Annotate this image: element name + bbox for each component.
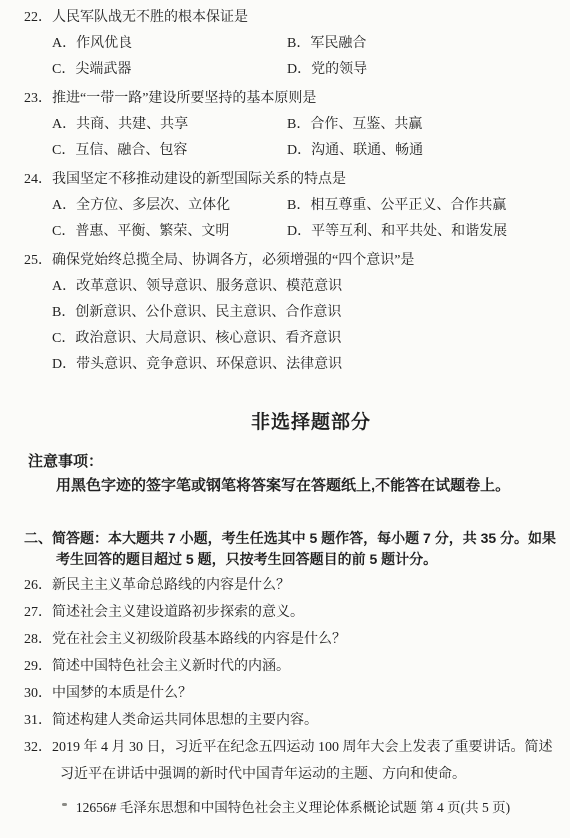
- option-text: 沟通、联通、畅通: [311, 138, 423, 164]
- options-group: A．共商、共建、共享B．合作、互鉴、共赢C．互信、融合、包容D．沟通、联通、畅通: [52, 112, 546, 164]
- options-group: A．全方位、多层次、立体化B．相互尊重、公平正义、合作共赢C．普惠、平衡、繁荣、…: [52, 193, 546, 245]
- page-footer: 12656# 毛泽东思想和中国特色社会主义理论体系概论试题 第 4 页(共 5 …: [32, 798, 554, 818]
- option-text: 互信、融合、包容: [75, 138, 187, 164]
- option: A．共商、共建、共享: [52, 112, 287, 138]
- short-answer-question: 27．简述社会主义建设道路初步探索的意义。: [24, 599, 546, 626]
- option: A．作风优良: [52, 31, 287, 57]
- option: D．党的领导: [287, 57, 546, 83]
- section2-instructions-line2: 考生回答的题目超过 5 题，只按考生回答题目的前 5 题计分。: [56, 549, 546, 570]
- option-text: 创新意识、公仆意识、民主意识、合作意识: [75, 300, 341, 326]
- short-answer-question: 29．简述中国特色社会主义新时代的内涵。: [24, 653, 546, 680]
- question-number: 32．: [24, 734, 52, 761]
- question-stem-row: 22．人民军队战无不胜的根本保证是: [24, 5, 546, 31]
- option-text: 相互尊重、公平正义、合作共赢: [310, 193, 506, 219]
- question-text: 新民主主义革命总路线的内容是什么？: [52, 572, 290, 599]
- question-number: 26．: [24, 572, 52, 599]
- question-text: 简述中国特色社会主义新时代的内涵。: [52, 653, 290, 680]
- question-number: 31．: [24, 707, 52, 734]
- options-group: A．改革意识、领导意识、服务意识、模范意识B．创新意识、公仆意识、民主意识、合作…: [52, 274, 546, 378]
- question-stem-row: 24．我国坚定不移推动建设的新型国际关系的特点是: [24, 167, 546, 193]
- question-number: 23．: [24, 86, 52, 112]
- option: B．军民融合: [287, 31, 546, 57]
- option: A．全方位、多层次、立体化: [52, 193, 287, 219]
- mcq-question: 22．人民军队战无不胜的根本保证是A．作风优良B．军民融合C．尖端武器D．党的领…: [24, 5, 546, 83]
- question-number: 30．: [24, 680, 52, 707]
- option: C．尖端武器: [52, 57, 287, 83]
- options-group: A．作风优良B．军民融合C．尖端武器D．党的领导: [52, 31, 546, 83]
- question-text: 简述社会主义建设道路初步探索的意义。: [52, 599, 304, 626]
- option: A．改革意识、领导意识、服务意识、模范意识: [52, 274, 546, 300]
- question-stem: 推进“一带一路”建设所要坚持的基本原则是: [52, 86, 316, 112]
- section2-instructions-line1: 二、简答题：本大题共 7 小题，考生任选其中 5 题作答，每小题 7 分，共 3…: [24, 528, 546, 549]
- option-label: C．: [52, 326, 75, 352]
- question-text: 中国梦的本质是什么？: [52, 680, 192, 707]
- question-stem-row: 25．确保党始终总揽全局、协调各方，必须增强的“四个意识”是: [24, 248, 546, 274]
- notice-block: 注意事项： 用黑色字迹的签字笔或钢笔将答案写在答题纸上,不能答在试题卷上。: [24, 450, 546, 498]
- question-row: 29．简述中国特色社会主义新时代的内涵。: [24, 653, 546, 680]
- mcq-question: 25．确保党始终总揽全局、协调各方，必须增强的“四个意识”是A．改革意识、领导意…: [24, 248, 546, 378]
- question-text-continued: 习近平在讲话中强调的新时代中国青年运动的主题、方向和使命。: [60, 761, 546, 788]
- option-label: D．: [287, 57, 311, 83]
- option: C．普惠、平衡、繁荣、文明: [52, 219, 287, 245]
- option-text: 全方位、多层次、立体化: [76, 193, 230, 219]
- short-answer-question: 31．简述构建人类命运共同体思想的主要内容。: [24, 707, 546, 734]
- question-row: 31．简述构建人类命运共同体思想的主要内容。: [24, 707, 546, 734]
- option: C．互信、融合、包容: [52, 138, 287, 164]
- option-label: A．: [52, 112, 76, 138]
- question-row: 26．新民主主义革命总路线的内容是什么？: [24, 572, 546, 599]
- question-text: 党在社会主义初级阶段基本路线的内容是什么？: [52, 626, 346, 653]
- question-number: 28．: [24, 626, 52, 653]
- option-label: C．: [52, 57, 75, 83]
- question-text: 2019 年 4 月 30 日，习近平在纪念五四运动 100 周年大会上发表了重…: [52, 734, 553, 761]
- question-stem-row: 23．推进“一带一路”建设所要坚持的基本原则是: [24, 86, 546, 112]
- mcq-section: 22．人民军队战无不胜的根本保证是A．作风优良B．军民融合C．尖端武器D．党的领…: [24, 5, 546, 378]
- short-answer-section: 26．新民主主义革命总路线的内容是什么？27．简述社会主义建设道路初步探索的意义…: [24, 572, 546, 788]
- mcq-question: 24．我国坚定不移推动建设的新型国际关系的特点是A．全方位、多层次、立体化B．相…: [24, 167, 546, 245]
- section-heading: 非选择题部分: [50, 408, 570, 438]
- option-text: 作风优良: [76, 31, 132, 57]
- short-answer-question: 26．新民主主义革命总路线的内容是什么？: [24, 572, 546, 599]
- option: C．政治意识、大局意识、核心意识、看齐意识: [52, 326, 546, 352]
- question-row: 32．2019 年 4 月 30 日，习近平在纪念五四运动 100 周年大会上发…: [24, 734, 546, 761]
- question-row: 28．党在社会主义初级阶段基本路线的内容是什么？: [24, 626, 546, 653]
- option-text: 平等互利、和平共处、和谐发展: [311, 219, 507, 245]
- option-text: 共商、共建、共享: [76, 112, 188, 138]
- question-number: 24．: [24, 167, 52, 193]
- question-text: 简述构建人类命运共同体思想的主要内容。: [52, 707, 318, 734]
- notice-title: 注意事项：: [28, 450, 546, 474]
- question-row: 27．简述社会主义建设道路初步探索的意义。: [24, 599, 546, 626]
- option: D．平等互利、和平共处、和谐发展: [287, 219, 546, 245]
- option-label: A．: [52, 274, 76, 300]
- question-row: 30．中国梦的本质是什么？: [24, 680, 546, 707]
- short-answer-question: 32．2019 年 4 月 30 日，习近平在纪念五四运动 100 周年大会上发…: [24, 734, 546, 788]
- question-number: 22．: [24, 5, 52, 31]
- section2-instructions: 二、简答题：本大题共 7 小题，考生任选其中 5 题作答，每小题 7 分，共 3…: [24, 528, 546, 570]
- option-text: 改革意识、领导意识、服务意识、模范意识: [76, 274, 342, 300]
- scan-artifact-dot: [62, 803, 67, 806]
- option-text: 普惠、平衡、繁荣、文明: [75, 219, 229, 245]
- exam-paper-page: 22．人民军队战无不胜的根本保证是A．作风优良B．军民融合C．尖端武器D．党的领…: [0, 0, 570, 838]
- option-text: 带头意识、竞争意识、环保意识、法律意识: [76, 352, 342, 378]
- option-text: 合作、互鉴、共赢: [310, 112, 422, 138]
- option: D．沟通、联通、畅通: [287, 138, 546, 164]
- option-label: D．: [287, 138, 311, 164]
- option-label: C．: [52, 219, 75, 245]
- option-label: B．: [52, 300, 75, 326]
- question-number: 27．: [24, 599, 52, 626]
- question-stem: 我国坚定不移推动建设的新型国际关系的特点是: [52, 167, 346, 193]
- option-label: D．: [287, 219, 311, 245]
- option-label: C．: [52, 138, 75, 164]
- short-answer-question: 28．党在社会主义初级阶段基本路线的内容是什么？: [24, 626, 546, 653]
- question-stem: 人民军队战无不胜的根本保证是: [52, 5, 248, 31]
- question-number: 25．: [24, 248, 52, 274]
- question-stem: 确保党始终总揽全局、协调各方，必须增强的“四个意识”是: [52, 248, 414, 274]
- option-label: D．: [52, 352, 76, 378]
- option-label: B．: [287, 193, 310, 219]
- option-text: 党的领导: [311, 57, 367, 83]
- option: B．创新意识、公仆意识、民主意识、合作意识: [52, 300, 546, 326]
- option: B．合作、互鉴、共赢: [287, 112, 546, 138]
- mcq-question: 23．推进“一带一路”建设所要坚持的基本原则是A．共商、共建、共享B．合作、互鉴…: [24, 86, 546, 164]
- option-text: 尖端武器: [75, 57, 131, 83]
- question-number: 29．: [24, 653, 52, 680]
- option-label: A．: [52, 31, 76, 57]
- option-text: 军民融合: [310, 31, 366, 57]
- short-answer-question: 30．中国梦的本质是什么？: [24, 680, 546, 707]
- option-label: B．: [287, 112, 310, 138]
- option-text: 政治意识、大局意识、核心意识、看齐意识: [75, 326, 341, 352]
- option-label: B．: [287, 31, 310, 57]
- notice-body: 用黑色字迹的签字笔或钢笔将答案写在答题纸上,不能答在试题卷上。: [56, 474, 546, 498]
- option: B．相互尊重、公平正义、合作共赢: [287, 193, 546, 219]
- option: D．带头意识、竞争意识、环保意识、法律意识: [52, 352, 546, 378]
- option-label: A．: [52, 193, 76, 219]
